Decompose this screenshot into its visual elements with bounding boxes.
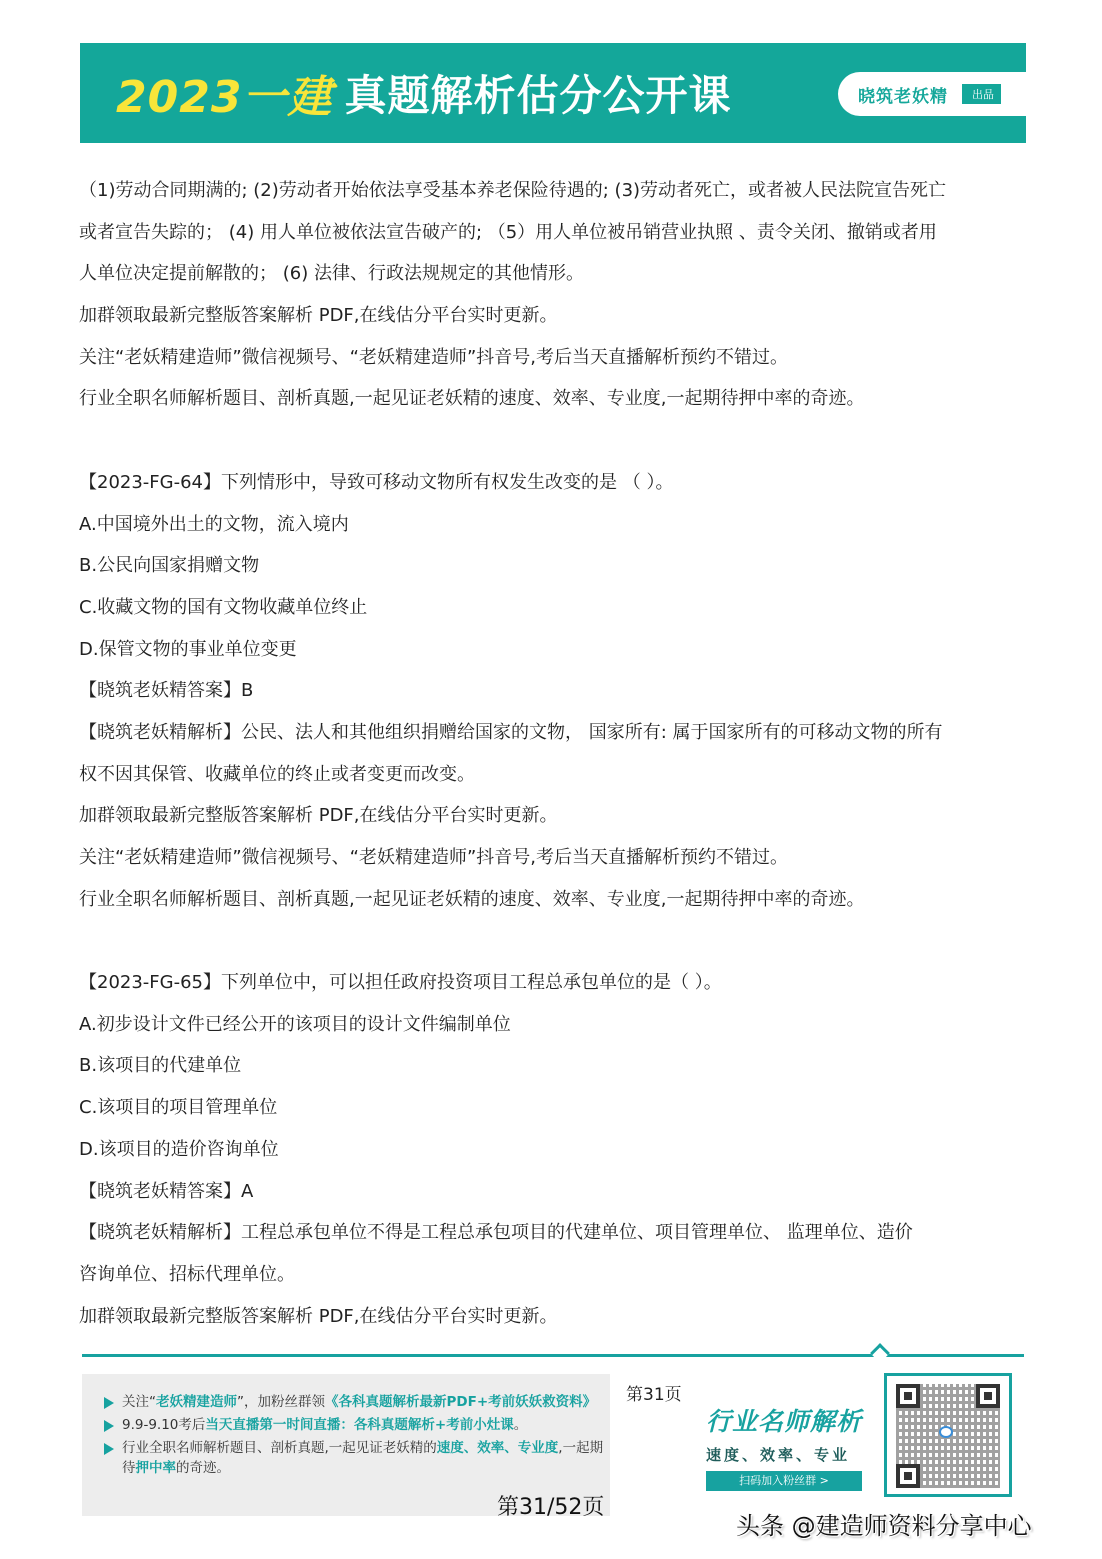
question-analysis: 【晓筑老妖精解析】工程总承包单位不得是工程总承包项目的代建单位、项目管理单位、 … [79,1212,1029,1254]
question-option-a: A.初步设计文件已经公开的该项目的设计文件编制单位 [79,1004,1029,1046]
join-fan-group-button[interactable]: 扫码加入粉丝群 > [706,1471,862,1491]
document-body: （1)劳动合同期满的; (2)劳动者开始依法享受基本养老保险待遇的; (3)劳动… [79,170,1029,1337]
promo-line: 加群领取最新完整版答案解析 PDF,在线估分平台实时更新。 [79,295,1029,337]
text-line: 人单位决定提前解散的； (6) 法律、行政法规规定的其他情形。 [79,253,1029,295]
triangle-bullet-icon [104,1420,114,1432]
footer-notch [870,1343,890,1363]
page-number-small: 第31页 [626,1380,682,1405]
text-line: 或者宣告失踪的； (4) 用人单位被依法宣告破产的; （5）用人单位被吊销营业执… [79,212,1029,254]
promo-text: 。 [514,1417,528,1433]
promo-item: 9.9-9.10考后当天直播第一时间直播：各科真题解析+考前小灶课。 [104,1415,604,1435]
promo-highlight: 《各科真题解析最新PDF+考前妖妖救资料》 [325,1394,596,1410]
question-answer: 【晓筑老妖精答案】A [79,1171,1029,1213]
watermark: 头条 @建造师资料分享中心 [736,1506,1032,1541]
triangle-bullet-icon [104,1397,114,1409]
question-analysis: 咨询单位、招标代理单位。 [79,1254,1029,1296]
promo-text: 关注“ [122,1394,156,1410]
promo-highlight: 押中率 [136,1460,177,1476]
promo-text: ”，加粉丝群领 [237,1394,325,1410]
question-analysis: 权不因其保管、收藏单位的终止或者变更而改变。 [79,754,1029,796]
brand-name: 晓筑老妖精 [858,82,948,107]
slogan-subtitle: 速度、效率、专业 [706,1444,862,1465]
promo-line: 关注“老妖精建造师”微信视频号、“老妖精建造师”抖音号,考后当天直播解析预约不错… [79,837,1029,879]
promo-highlight: 老妖精建造师 [156,1394,237,1410]
question-stem: 【2023-FG-64】下列情形中，导致可移动文物所有权发生改变的是 （ ）。 [79,462,1029,504]
spacer [79,920,1029,962]
banner-title: 2023一建 真题解析估分公开课 [116,65,731,121]
promo-text: 9.9-9.10考后 [122,1417,205,1433]
chat-bubble-icon [939,1426,953,1438]
promo-text: 的奇迹。 [176,1460,230,1476]
question-stem: 【2023-FG-65】下列单位中，可以担任政府投资项目工程总承包单位的是（ ）… [79,962,1029,1004]
promo-highlight: 速度、效率、专业度 [437,1440,559,1456]
brand-tag: 出品 [962,84,1001,104]
question-block-64: 【2023-FG-64】下列情形中，导致可移动文物所有权发生改变的是 （ ）。 … [79,462,1029,921]
banner-main-title: 真题解析估分公开课 [344,63,731,123]
question-option-c: C.收藏文物的国有文物收藏单位终止 [79,587,1029,629]
brand-badge: 晓筑老妖精 出品 [838,72,1026,116]
question-option-d: D.保管文物的事业单位变更 [79,629,1029,671]
slogan-block: 行业名师解析 速度、效率、专业 扫码加入粉丝群 > [706,1402,862,1491]
triangle-bullet-icon [104,1443,114,1455]
question-option-d: D.该项目的造价咨询单位 [79,1129,1029,1171]
qr-finder-icon [976,1384,1000,1408]
promo-list: 关注“老妖精建造师”，加粉丝群领《各科真题解析最新PDF+考前妖妖救资料》 9.… [104,1392,604,1481]
promo-line: 加群领取最新完整版答案解析 PDF,在线估分平台实时更新。 [79,795,1029,837]
promo-highlight: 当天直播第一时间直播：各科真题解析+考前小灶课 [205,1417,513,1433]
question-option-b: B.该项目的代建单位 [79,1045,1029,1087]
text-line: （1)劳动合同期满的; (2)劳动者开始依法享受基本养老保险待遇的; (3)劳动… [79,170,1029,212]
qr-code[interactable] [884,1373,1012,1497]
promo-item: 关注“老妖精建造师”，加粉丝群领《各科真题解析最新PDF+考前妖妖救资料》 [104,1392,604,1412]
page-number: 第31/52页 [497,1490,604,1521]
promo-text: 行业全职名师解析题目、剖析真题,一起见证老妖精的 [122,1440,437,1456]
promo-line: 行业全职名师解析题目、剖析真题,一起见证老妖精的速度、效率、专业度,一起期待押中… [79,879,1029,921]
qr-finder-icon [896,1464,920,1488]
question-option-b: B.公民向国家捐赠文物 [79,545,1029,587]
question-option-c: C.该项目的项目管理单位 [79,1087,1029,1129]
question-option-a: A.中国境外出土的文物，流入境内 [79,504,1029,546]
banner-year: 2023一建 [116,61,332,125]
question-answer: 【晓筑老妖精答案】B [79,670,1029,712]
spacer [79,420,1029,462]
promo-item: 行业全职名师解析题目、剖析真题,一起见证老妖精的速度、效率、专业度,一起期待押中… [104,1438,604,1478]
slogan-title: 行业名师解析 [706,1402,862,1438]
question-block-65: 【2023-FG-65】下列单位中，可以担任政府投资项目工程总承包单位的是（ ）… [79,962,1029,1337]
promo-line: 行业全职名师解析题目、剖析真题,一起见证老妖精的速度、效率、专业度,一起期待押中… [79,378,1029,420]
promo-line: 加群领取最新完整版答案解析 PDF,在线估分平台实时更新。 [79,1296,1029,1338]
question-analysis: 【晓筑老妖精解析】公民、法人和其他组织捐赠给国家的文物， 国家所有: 属于国家所… [79,712,1029,754]
header-banner: 2023一建 真题解析估分公开课 晓筑老妖精 出品 [80,43,1026,143]
qr-finder-icon [896,1384,920,1408]
promo-line: 关注“老妖精建造师”微信视频号、“老妖精建造师”抖音号,考后当天直播解析预约不错… [79,337,1029,379]
